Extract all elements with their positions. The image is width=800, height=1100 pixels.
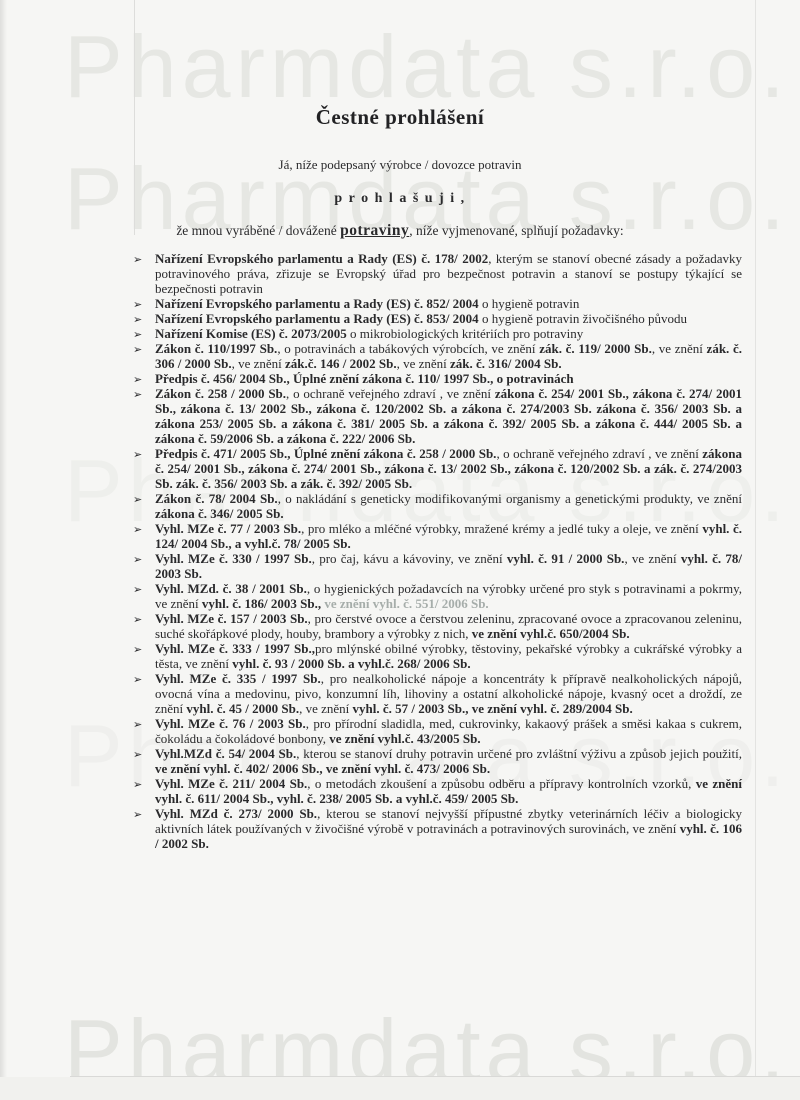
text-segment: zák.č. 146 / 2002 Sb. (285, 356, 397, 371)
bullet-arrow-icon: ➢ (133, 522, 142, 537)
scanned-page: Pharmdata s.r.o. Pharmdata s.r.o. Pharmd… (0, 0, 800, 1100)
text-segment: Vyhl. MZe č. 330 / 1997 Sb. (155, 551, 312, 566)
text-segment: zákona č. 346/ 2005 Sb. (155, 506, 284, 521)
list-item: ➢Nařízení Evropského parlamentu a Rady (… (133, 251, 742, 296)
text-segment: , pro mléko a mléčné výrobky, mražené kr… (301, 521, 702, 536)
text-segment: Předpis č. 471/ 2005 Sb., Úplné znění zá… (155, 446, 496, 461)
bullet-arrow-icon: ➢ (133, 582, 142, 597)
text-segment: Předpis č. 456/ 2004 Sb., Úplné znění zá… (155, 371, 574, 386)
bullet-arrow-icon: ➢ (133, 342, 142, 357)
subject-line: že mnou vyráběné / dovážené potraviny, n… (0, 222, 800, 240)
text-segment: ve znění vyhl. č. 402/ 2006 Sb., ve zněn… (155, 761, 490, 776)
text-segment: Zákon č. 258 / 2000 Sb. (155, 386, 286, 401)
text-segment: Nařízení Komise (ES) č. 2073/2005 (155, 326, 347, 341)
text-segment: o hygieně potravin (479, 296, 580, 311)
text-segment: , ve znění (299, 701, 352, 716)
text-segment: , o metodách zkoušení a způsobu odběru a… (307, 776, 695, 791)
list-item: ➢Zákon č. 258 / 2000 Sb., o ochraně veře… (133, 386, 742, 446)
text-segment: , ve znění (652, 341, 707, 356)
text-segment: Vyhl. MZe č. 335 / 1997 Sb. (155, 671, 321, 686)
list-item: ➢Vyhl. MZe č. 76 / 2003 Sb., pro přírodn… (133, 716, 742, 746)
list-item: ➢Vyhl.MZd č. 54/ 2004 Sb., kterou se sta… (133, 746, 742, 776)
bullet-arrow-icon: ➢ (133, 612, 142, 627)
list-item: ➢Nařízení Evropského parlamentu a Rady (… (133, 311, 742, 326)
list-item: ➢Vyhl. MZd. č. 38 / 2001 Sb., o hygienic… (133, 581, 742, 611)
text-segment: , o nakládání s geneticky modifikovanými… (278, 491, 742, 506)
text-segment: , o potravinách a tabákových výrobcích, … (277, 341, 539, 356)
text-segment: Vyhl. MZe č. 76 / 2003 Sb. (155, 716, 306, 731)
bullet-arrow-icon: ➢ (133, 447, 142, 462)
bullet-arrow-icon: ➢ (133, 372, 142, 387)
text-segment: o mikrobiologických kritériích pro potra… (347, 326, 583, 341)
list-item: ➢Vyhl. MZd č. 273/ 2000 Sb., kterou se s… (133, 806, 742, 851)
bullet-arrow-icon: ➢ (133, 327, 142, 342)
text-segment: ve znění vyhl.č. 650/2004 Sb. (472, 626, 630, 641)
bullet-arrow-icon: ➢ (133, 552, 142, 567)
list-item: ➢Vyhl. MZe č. 333 / 1997 Sb.,pro mlýnské… (133, 641, 742, 671)
list-item: ➢Nařízení Evropského parlamentu a Rady (… (133, 296, 742, 311)
document-title: Čestné prohlášení (0, 105, 800, 130)
text-segment: Vyhl. MZe č. 77 / 2003 Sb. (155, 521, 301, 536)
text-segment: zák. č. 316/ 2004 Sb. (450, 356, 562, 371)
list-item: ➢Vyhl. MZe č. 157 / 2003 Sb., pro čerstv… (133, 611, 742, 641)
text-segment: Nařízení Evropského parlamentu a Rady (E… (155, 251, 488, 266)
text-segment: vyhl. č. 93 / 2000 Sb. a vyhl.č. 268/ 20… (232, 656, 470, 671)
text-segment: o hygieně potravin živočišného původu (479, 311, 687, 326)
text-segment: Nařízení Evropského parlamentu a Rady (E… (155, 296, 479, 311)
text-segment: , kterou se stanoví druhy potravin určen… (296, 746, 742, 761)
bullet-arrow-icon: ➢ (133, 312, 142, 327)
text-segment: Vyhl. MZd. č. 38 / 2001 Sb. (155, 581, 307, 596)
text-segment: vyhl. č. 45 / 2000 Sb. (186, 701, 299, 716)
intro-line: Já, níže podepsaný výrobce / dovozce pot… (0, 157, 800, 173)
text-segment: vyhl. č. 57 / 2003 Sb., ve znění vyhl. č… (353, 701, 633, 716)
text-segment: ve znění vyhl.č. 43/2005 Sb. (329, 731, 480, 746)
declaration-word: p r o h l a š u j i , (0, 191, 800, 207)
subject-prefix: že mnou vyráběné / dovážené (176, 223, 340, 238)
list-item: ➢Vyhl. MZe č. 335 / 1997 Sb., pro nealko… (133, 671, 742, 716)
bullet-arrow-icon: ➢ (133, 747, 142, 762)
text-segment: , o ochraně veřejného zdraví , ve znění (496, 446, 702, 461)
bullet-arrow-icon: ➢ (133, 777, 142, 792)
text-segment: Vyhl. MZd č. 273/ 2000 Sb. (155, 806, 317, 821)
document-content: Čestné prohlášení Já, níže podepsaný výr… (0, 0, 800, 1100)
bullet-arrow-icon: ➢ (133, 672, 142, 687)
list-item: ➢Zákon č. 110/1997 Sb., o potravinách a … (133, 341, 742, 371)
text-segment: , ve znění (624, 551, 680, 566)
text-segment: Vyhl. MZe č. 211/ 2004 Sb. (155, 776, 307, 791)
list-item: ➢Vyhl. MZe č. 211/ 2004 Sb., o metodách … (133, 776, 742, 806)
bullet-arrow-icon: ➢ (133, 492, 142, 507)
text-segment: ve znění vyhl. č. 551/ 2006 Sb. (321, 596, 489, 611)
text-segment: vyhl. č. 186/ 2003 Sb., (202, 596, 321, 611)
text-segment: vyhl. č. 91 / 2000 Sb. (507, 551, 625, 566)
list-item: ➢Předpis č. 471/ 2005 Sb., Úplné znění z… (133, 446, 742, 491)
list-item: ➢Vyhl. MZe č. 330 / 1997 Sb., pro čaj, k… (133, 551, 742, 581)
regulation-list: ➢Nařízení Evropského parlamentu a Rady (… (133, 251, 742, 851)
list-item: ➢Vyhl. MZe č. 77 / 2003 Sb., pro mléko a… (133, 521, 742, 551)
bullet-arrow-icon: ➢ (133, 642, 142, 657)
text-segment: , ve znění (232, 356, 285, 371)
text-segment: Vyhl.MZd č. 54/ 2004 Sb. (155, 746, 296, 761)
bullet-arrow-icon: ➢ (133, 252, 142, 267)
text-segment: Vyhl. MZe č. 333 / 1997 Sb., (155, 641, 315, 656)
subject-emphasis: potraviny (340, 222, 409, 239)
bullet-arrow-icon: ➢ (133, 807, 142, 822)
bullet-arrow-icon: ➢ (133, 717, 142, 732)
bullet-arrow-icon: ➢ (133, 387, 142, 402)
list-item: ➢Zákon č. 78/ 2004 Sb., o nakládání s ge… (133, 491, 742, 521)
text-segment: Zákon č. 110/1997 Sb. (155, 341, 277, 356)
text-segment: , pro čaj, kávu a kávoviny, ve znění (312, 551, 507, 566)
list-item: ➢Nařízení Komise (ES) č. 2073/2005 o mik… (133, 326, 742, 341)
subject-suffix: , níže vyjmenované, splňují požadavky: (409, 223, 623, 238)
text-segment: Nařízení Evropského parlamentu a Rady (E… (155, 311, 479, 326)
text-segment: , o ochraně veřejného zdraví , ve znění (286, 386, 495, 401)
text-segment: Zákon č. 78/ 2004 Sb. (155, 491, 278, 506)
bullet-arrow-icon: ➢ (133, 297, 142, 312)
text-segment: zák. č. 119/ 2000 Sb. (539, 341, 652, 356)
list-item: ➢Předpis č. 456/ 2004 Sb., Úplné znění z… (133, 371, 742, 386)
text-segment: , ve znění (397, 356, 450, 371)
text-segment: Vyhl. MZe č. 157 / 2003 Sb. (155, 611, 308, 626)
